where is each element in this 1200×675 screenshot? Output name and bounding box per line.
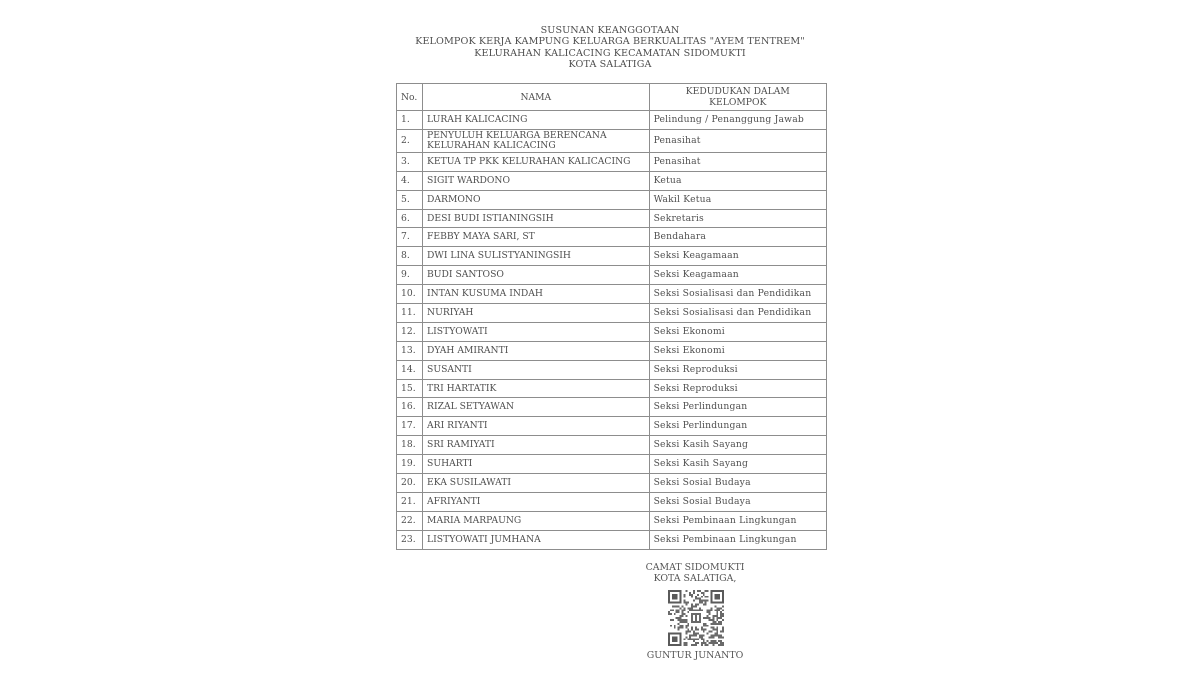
row-number: 2.: [397, 129, 423, 152]
row-number: 8.: [397, 247, 423, 266]
member-name: SRI RAMIYATI: [423, 436, 650, 455]
row-number: 5.: [397, 190, 423, 209]
member-name-line2: KELURAHAN KALICACING: [427, 141, 645, 151]
header-position-line1: KEDUDUKAN DALAM: [654, 86, 822, 97]
member-name: LURAH KALICACING: [423, 111, 650, 130]
header-position-line2: KELOMPOK: [654, 97, 822, 108]
table-row: 2.PENYULUH KELUARGA BERENCANAKELURAHAN K…: [397, 129, 827, 152]
member-name: BUDI SANTOSO: [423, 266, 650, 285]
table-row: 7.FEBBY MAYA SARI, STBendahara: [397, 228, 827, 247]
member-position: Penasihat: [649, 152, 826, 171]
row-number: 17.: [397, 417, 423, 436]
member-position: Seksi Perlindungan: [649, 398, 826, 417]
table-row: 19.SUHARTISeksi Kasih Sayang: [397, 455, 827, 474]
row-number: 6.: [397, 209, 423, 228]
member-name: SIGIT WARDONO: [423, 171, 650, 190]
table-row: 10.INTAN KUSUMA INDAHSeksi Sosialisasi d…: [397, 285, 827, 304]
member-name: NURIYAH: [423, 304, 650, 323]
table-row: 12.LISTYOWATISeksi Ekonomi: [397, 322, 827, 341]
member-position: Seksi Sosial Budaya: [649, 474, 826, 493]
heading-line: KELURAHAN KALICACING KECAMATAN SIDOMUKTI: [390, 48, 830, 59]
row-number: 21.: [397, 492, 423, 511]
member-name: KETUA TP PKK KELURAHAN KALICACING: [423, 152, 650, 171]
table-row: 17.ARI RIYANTISeksi Perlindungan: [397, 417, 827, 436]
member-position: Seksi Sosialisasi dan Pendidikan: [649, 285, 826, 304]
row-number: 13.: [397, 341, 423, 360]
member-name: ARI RIYANTI: [423, 417, 650, 436]
member-name: DARMONO: [423, 190, 650, 209]
member-position: Seksi Ekonomi: [649, 322, 826, 341]
row-number: 14.: [397, 360, 423, 379]
row-number: 22.: [397, 511, 423, 530]
row-number: 18.: [397, 436, 423, 455]
member-name: PENYULUH KELUARGA BERENCANAKELURAHAN KAL…: [423, 129, 650, 152]
row-number: 9.: [397, 266, 423, 285]
table-row: 1.LURAH KALICACINGPelindung / Penanggung…: [397, 111, 827, 130]
membership-table: No. NAMA KEDUDUKAN DALAM KELOMPOK 1.LURA…: [396, 83, 827, 550]
heading-line: KOTA SALATIGA: [390, 59, 830, 70]
table-row: 8.DWI LINA SULISTYANINGSIHSeksi Keagamaa…: [397, 247, 827, 266]
member-position: Seksi Reproduksi: [649, 360, 826, 379]
row-number: 12.: [397, 322, 423, 341]
signature-title-line1: CAMAT SIDOMUKTI: [620, 562, 770, 573]
member-name: INTAN KUSUMA INDAH: [423, 285, 650, 304]
member-name: LISTYOWATI: [423, 322, 650, 341]
member-position: Seksi Perlindungan: [649, 417, 826, 436]
row-number: 16.: [397, 398, 423, 417]
heading-line: SUSUNAN KEANGGOTAAN: [390, 25, 830, 36]
member-name: SUSANTI: [423, 360, 650, 379]
row-number: 20.: [397, 474, 423, 493]
heading-line: KELOMPOK KERJA KAMPUNG KELUARGA BERKUALI…: [390, 36, 830, 47]
row-number: 19.: [397, 455, 423, 474]
member-position: Seksi Sosialisasi dan Pendidikan: [649, 304, 826, 323]
member-position: Seksi Sosial Budaya: [649, 492, 826, 511]
member-name: TRI HARTATIK: [423, 379, 650, 398]
table-row: 15.TRI HARTATIKSeksi Reproduksi: [397, 379, 827, 398]
table-row: 9.BUDI SANTOSOSeksi Keagamaan: [397, 266, 827, 285]
member-name: LISTYOWATI JUMHANA: [423, 530, 650, 549]
member-position: Seksi Keagamaan: [649, 266, 826, 285]
member-name: AFRIYANTI: [423, 492, 650, 511]
member-position: Seksi Reproduksi: [649, 379, 826, 398]
member-position: Seksi Ekonomi: [649, 341, 826, 360]
table-row: 22.MARIA MARPAUNGSeksi Pembinaan Lingkun…: [397, 511, 827, 530]
member-name: DESI BUDI ISTIANINGSIH: [423, 209, 650, 228]
member-name: RIZAL SETYAWAN: [423, 398, 650, 417]
table-row: 23.LISTYOWATI JUMHANASeksi Pembinaan Lin…: [397, 530, 827, 549]
row-number: 1.: [397, 111, 423, 130]
table-row: 6.DESI BUDI ISTIANINGSIHSekretaris: [397, 209, 827, 228]
member-name: FEBBY MAYA SARI, ST: [423, 228, 650, 247]
table-row: 4.SIGIT WARDONOKetua: [397, 171, 827, 190]
member-name: DWI LINA SULISTYANINGSIH: [423, 247, 650, 266]
qr-code-icon: [668, 590, 724, 646]
row-number: 11.: [397, 304, 423, 323]
table-row: 11.NURIYAHSeksi Sosialisasi dan Pendidik…: [397, 304, 827, 323]
row-number: 23.: [397, 530, 423, 549]
member-position: Seksi Pembinaan Lingkungan: [649, 511, 826, 530]
document-heading: SUSUNAN KEANGGOTAAN KELOMPOK KERJA KAMPU…: [390, 25, 830, 71]
member-position: Seksi Pembinaan Lingkungan: [649, 530, 826, 549]
member-name: EKA SUSILAWATI: [423, 474, 650, 493]
table-row: 5.DARMONOWakil Ketua: [397, 190, 827, 209]
row-number: 10.: [397, 285, 423, 304]
member-position: Wakil Ketua: [649, 190, 826, 209]
member-name: SUHARTI: [423, 455, 650, 474]
member-position: Bendahara: [649, 228, 826, 247]
row-number: 3.: [397, 152, 423, 171]
signature-title-line2: KOTA SALATIGA,: [620, 573, 770, 584]
signature-title: CAMAT SIDOMUKTI KOTA SALATIGA,: [620, 562, 770, 584]
table-row: 3.KETUA TP PKK KELURAHAN KALICACINGPenas…: [397, 152, 827, 171]
table-row: 18.SRI RAMIYATISeksi Kasih Sayang: [397, 436, 827, 455]
table-row: 16.RIZAL SETYAWANSeksi Perlindungan: [397, 398, 827, 417]
member-position: Seksi Keagamaan: [649, 247, 826, 266]
table-row: 14.SUSANTISeksi Reproduksi: [397, 360, 827, 379]
member-name: DYAH AMIRANTI: [423, 341, 650, 360]
table-row: 21.AFRIYANTISeksi Sosial Budaya: [397, 492, 827, 511]
header-position: KEDUDUKAN DALAM KELOMPOK: [649, 84, 826, 111]
member-position: Ketua: [649, 171, 826, 190]
member-name: MARIA MARPAUNG: [423, 511, 650, 530]
member-position: Seksi Kasih Sayang: [649, 455, 826, 474]
header-name: NAMA: [423, 84, 650, 111]
row-number: 15.: [397, 379, 423, 398]
member-position: Penasihat: [649, 129, 826, 152]
member-position: Sekretaris: [649, 209, 826, 228]
table-header-row: No. NAMA KEDUDUKAN DALAM KELOMPOK: [397, 84, 827, 111]
table-row: 13.DYAH AMIRANTISeksi Ekonomi: [397, 341, 827, 360]
row-number: 7.: [397, 228, 423, 247]
row-number: 4.: [397, 171, 423, 190]
header-no: No.: [397, 84, 423, 111]
table-body: 1.LURAH KALICACINGPelindung / Penanggung…: [397, 111, 827, 550]
table-row: 20.EKA SUSILAWATISeksi Sosial Budaya: [397, 474, 827, 493]
member-position: Seksi Kasih Sayang: [649, 436, 826, 455]
member-position: Pelindung / Penanggung Jawab: [649, 111, 826, 130]
signer-name: GUNTUR JUNANTO: [620, 650, 770, 661]
